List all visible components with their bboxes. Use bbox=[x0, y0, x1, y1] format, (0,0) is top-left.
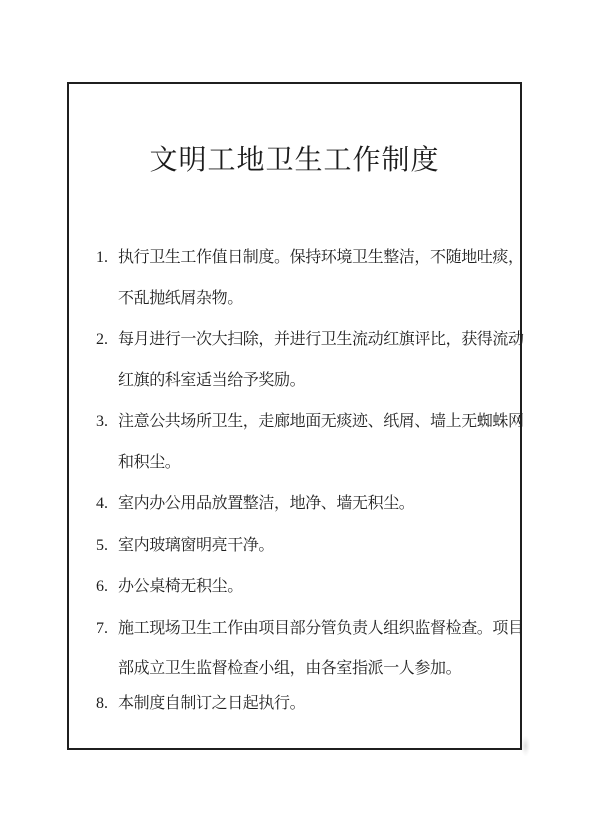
rule-line: 本制度自制订之日起执行。 bbox=[118, 684, 520, 725]
rule-item: 6.办公桌椅无积尘。 bbox=[69, 567, 520, 608]
rule-number: 1. bbox=[96, 238, 108, 279]
rule-line: 红旗的科室适当给予奖励。 bbox=[118, 361, 520, 402]
rule-line: 执行卫生工作值日制度。保持环境卫生整洁，不随地吐痰， bbox=[118, 238, 520, 279]
rule-line: 注意公共场所卫生，走廊地面无痰迹、纸屑、墙上无蜘蛛网 bbox=[118, 402, 520, 443]
document-page: 文明工地卫生工作制度 1.执行卫生工作值日制度。保持环境卫生整洁，不随地吐痰，不… bbox=[0, 0, 590, 835]
rule-item: 7.施工现场卫生工作由项目部分管负责人组织监督检查。项目部成立卫生监督检查小组，… bbox=[69, 609, 520, 690]
rule-number: 7. bbox=[96, 609, 108, 650]
rule-number: 4. bbox=[96, 484, 108, 525]
rule-number: 8. bbox=[96, 684, 108, 725]
rule-item: 8.本制度自制订之日起执行。 bbox=[69, 684, 520, 725]
rules-list: 1.执行卫生工作值日制度。保持环境卫生整洁，不随地吐痰，不乱抛纸屑杂物。2.每月… bbox=[69, 238, 520, 724]
rule-item: 4.室内办公用品放置整洁，地净、墙无积尘。 bbox=[69, 484, 520, 525]
rule-line: 室内玻璃窗明亮干净。 bbox=[118, 526, 520, 567]
rule-item: 1.执行卫生工作值日制度。保持环境卫生整洁，不随地吐痰，不乱抛纸屑杂物。 bbox=[69, 238, 520, 319]
rule-line: 不乱抛纸屑杂物。 bbox=[118, 279, 520, 320]
rule-item: 5.室内玻璃窗明亮干净。 bbox=[69, 526, 520, 567]
rule-line: 每月进行一次大扫除，并进行卫生流动红旗评比，获得流动 bbox=[118, 320, 520, 361]
rule-item: 3.注意公共场所卫生，走廊地面无痰迹、纸屑、墙上无蜘蛛网和积尘。 bbox=[69, 402, 520, 483]
rule-line: 办公桌椅无积尘。 bbox=[118, 567, 520, 608]
rule-number: 5. bbox=[96, 526, 108, 567]
page-border-frame: 文明工地卫生工作制度 1.执行卫生工作值日制度。保持环境卫生整洁，不随地吐痰，不… bbox=[67, 82, 522, 750]
rule-item: 2.每月进行一次大扫除，并进行卫生流动红旗评比，获得流动红旗的科室适当给予奖励。 bbox=[69, 320, 520, 401]
rule-line: 和积尘。 bbox=[118, 443, 520, 484]
scan-artifact bbox=[521, 736, 530, 756]
document-title: 文明工地卫生工作制度 bbox=[69, 144, 520, 178]
rule-line: 室内办公用品放置整洁，地净、墙无积尘。 bbox=[118, 484, 520, 525]
rule-number: 2. bbox=[96, 320, 108, 361]
rule-number: 3. bbox=[96, 402, 108, 443]
rule-line: 施工现场卫生工作由项目部分管负责人组织监督检查。项目 bbox=[118, 609, 520, 650]
rule-number: 6. bbox=[96, 567, 108, 608]
